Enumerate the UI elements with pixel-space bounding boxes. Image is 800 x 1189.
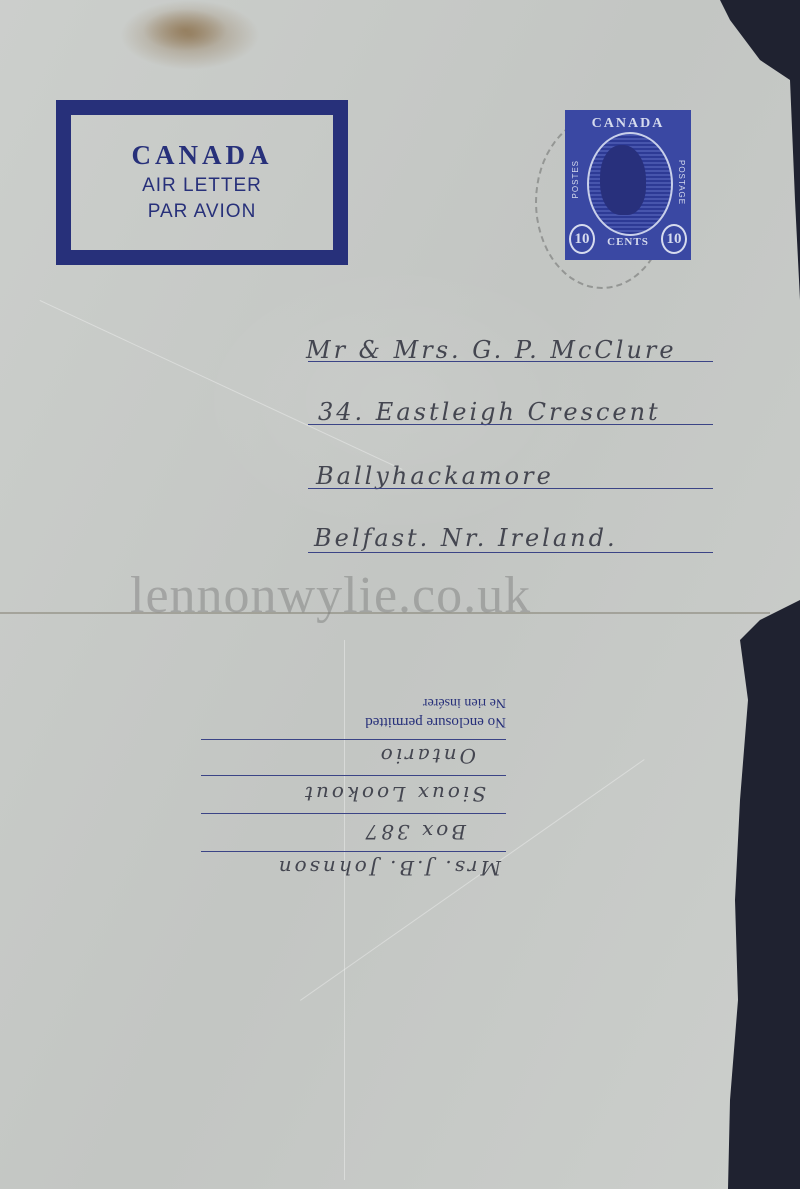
ne-rien-inserer-notice: Ne rien insérer [423,694,506,710]
paper-wrinkle [40,300,403,470]
water-stain [120,0,260,70]
address-rule [201,775,506,776]
country-label: CANADA [132,140,273,171]
address-line: Belfast. Nr. Ireland. [314,524,618,552]
sender-address-line: Box 387 [362,820,466,844]
par-avion-label: PAR AVION [148,199,257,225]
air-letter-label-box: CANADA AIR LETTER PAR AVION [56,100,348,265]
stamp-value-right: 10 [661,224,687,254]
stamp-denomination: CENTS [597,236,659,248]
address-rule [201,813,506,814]
no-enclosure-notice: No enclosure permitted [365,713,506,730]
postage-stamp: CANADA POSTES POSTAGE 10 CENTS 10 [565,110,691,260]
address-rule [308,424,713,425]
air-letter-label: AIR LETTER [142,173,262,199]
address-line: Ballyhackamore [316,462,554,490]
sender-address-line: Sioux Lookout [302,782,486,806]
address-line: 34. Eastleigh Crescent [318,398,661,426]
stamp-postage-label: POSTAGE [677,160,686,205]
watermark: lennonwylie.co.uk [130,566,531,625]
portrait-icon [600,145,646,215]
address-rule [201,739,506,740]
address-line: Mr & Mrs. G. P. McClure [306,336,677,364]
sender-address-line: Ontario [378,744,476,768]
stamp-value-left: 10 [569,224,595,254]
stamp-postes-label: POSTES [571,160,580,198]
air-letter-sheet: CANADA AIR LETTER PAR AVION CANADA POSTE… [0,0,800,1189]
address-rule [308,552,713,553]
stamp-country: CANADA [565,116,691,132]
address-rule [308,488,713,489]
address-rule [308,361,713,362]
sender-address-line: Mrs. J.B. Johnson [276,856,501,880]
sender-section-upside-down: No enclosure permitted Ne rien insérer O… [196,680,506,880]
address-rule [201,851,506,852]
